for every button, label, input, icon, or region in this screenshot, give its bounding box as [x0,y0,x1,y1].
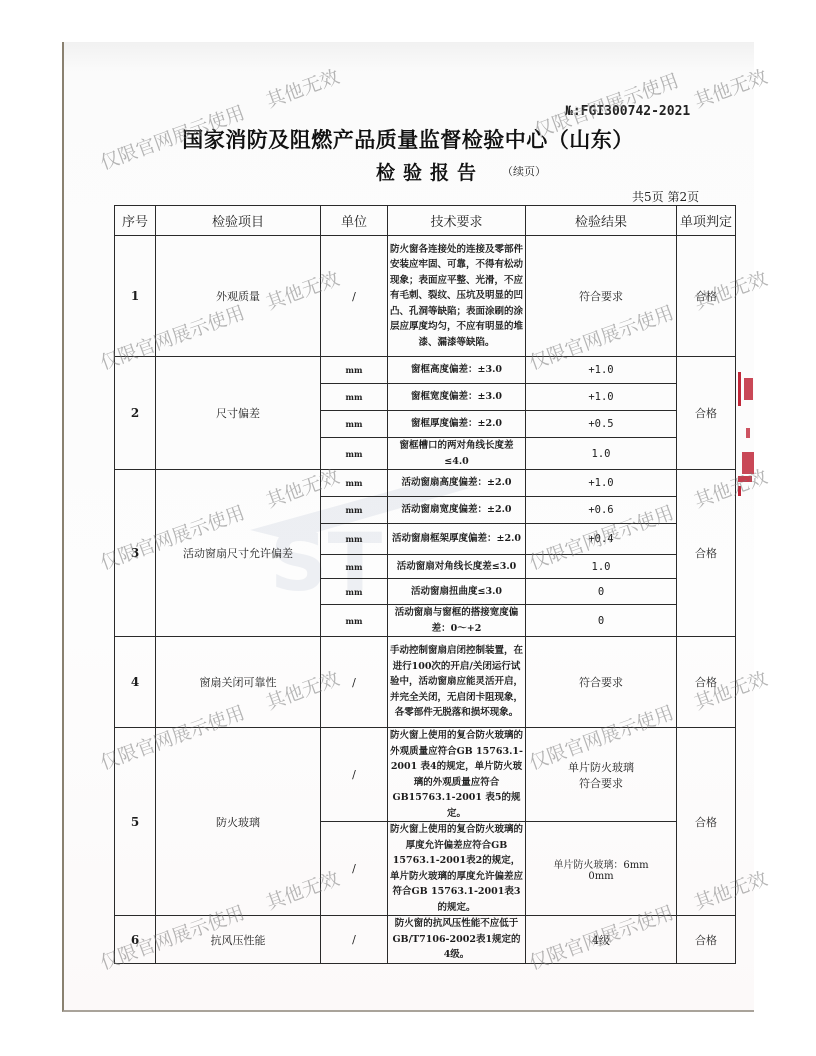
inspection-item: 防火玻璃 [156,728,321,916]
unit: mm [321,384,388,411]
col-header-item: 检验项目 [156,206,321,236]
row-number: 5 [115,728,156,916]
result: 0 [526,579,677,605]
judgement: 合格 [677,470,736,637]
table-header-row: 序号 检验项目 单位 技术要求 检验结果 单项判定 [115,206,736,236]
result: 单片防火玻璃 符合要求 [526,728,677,822]
page-count: 共5页 第2页 [632,188,699,205]
result: 0 [526,605,677,637]
judgement: 合格 [677,637,736,728]
table-row: 2 尺寸偏差 mm 窗框高度偏差：±3.0 +1.0 合格 [115,357,736,384]
judgement: 合格 [677,357,736,470]
result: +0.5 [526,411,677,438]
requirement: 窗框厚度偏差：±2.0 [388,411,526,438]
requirement: 防火窗上使用的复合防火玻璃的厚度允许偏差应符合GB 15763.1-2001表2… [388,822,526,916]
unit: mm [321,470,388,497]
result: +0.4 [526,524,677,555]
requirement: 活动窗扇宽度偏差：±2.0 [388,497,526,524]
unit: mm [321,605,388,637]
unit: mm [321,411,388,438]
row-number: 3 [115,470,156,637]
col-header-unit: 单位 [321,206,388,236]
inspection-item: 活动窗扇尺寸允许偏差 [156,470,321,637]
col-header-requirement: 技术要求 [388,206,526,236]
requirement: 活动窗扇框架厚度偏差：±2.0 [388,524,526,555]
requirement: 防火窗各连接处的连接及零部件安装应牢固、可靠，不得有松动现象；表面应平整、光滑，… [388,236,526,357]
unit: mm [321,579,388,605]
document-number: №:FGI300742-2021 [565,104,690,119]
unit: mm [321,524,388,555]
col-header-judgement: 单项判定 [677,206,736,236]
unit: / [321,916,388,964]
requirement: 窗框高度偏差：±3.0 [388,357,526,384]
requirement: 防火窗的抗风压性能不应低于GB/T7106-2002表1规定的4级。 [388,916,526,964]
continuation-label: （续页） [502,163,546,179]
row-number: 1 [115,236,156,357]
row-number: 4 [115,637,156,728]
inspection-item: 抗风压性能 [156,916,321,964]
unit: mm [321,357,388,384]
table-row: 5 防火玻璃 / 防火窗上使用的复合防火玻璃的外观质量应符合GB 15763.1… [115,728,736,822]
unit: mm [321,555,388,579]
result: +1.0 [526,384,677,411]
judgement: 合格 [677,916,736,964]
requirement: 窗框槽口的两对角线长度差≤4.0 [388,438,526,470]
result: 1.0 [526,555,677,579]
inspection-item: 尺寸偏差 [156,357,321,470]
requirement: 活动窗扇高度偏差：±2.0 [388,470,526,497]
unit: mm [321,438,388,470]
table-row: 1 外观质量 / 防火窗各连接处的连接及零部件安装应牢固、可靠，不得有松动现象；… [115,236,736,357]
requirement: 手动控制窗扇启闭控制装置，在进行100次的开启/关闭运行试验中，活动窗扇应能灵活… [388,637,526,728]
organization-title: 国家消防及阻燃产品质量监督检验中心（山东） [0,124,816,154]
col-header-no: 序号 [115,206,156,236]
requirement: 活动窗扇与窗框的搭接宽度偏差：0～+2 [388,605,526,637]
result: 符合要求 [526,236,677,357]
unit: / [321,728,388,822]
table-row: 4 窗扇关闭可靠性 / 手动控制窗扇启闭控制装置，在进行100次的开启/关闭运行… [115,637,736,728]
row-number: 2 [115,357,156,470]
unit: / [321,822,388,916]
result: 4级 [526,916,677,964]
table-row: 6 抗风压性能 / 防火窗的抗风压性能不应低于GB/T7106-2002表1规定… [115,916,736,964]
unit: mm [321,497,388,524]
report-title: 检验报告 [376,158,484,185]
result: 1.0 [526,438,677,470]
requirement: 活动窗扇对角线长度差≤3.0 [388,555,526,579]
inspection-item: 窗扇关闭可靠性 [156,637,321,728]
inspection-table: 序号 检验项目 单位 技术要求 检验结果 单项判定 1 外观质量 / 防火窗各连… [114,205,736,964]
requirement: 活动窗扇扭曲度≤3.0 [388,579,526,605]
inspection-item: 外观质量 [156,236,321,357]
unit: / [321,637,388,728]
judgement: 合格 [677,728,736,916]
table-row: 3 活动窗扇尺寸允许偏差 mm 活动窗扇高度偏差：±2.0 +1.0 合格 [115,470,736,497]
unit: / [321,236,388,357]
requirement: 防火窗上使用的复合防火玻璃的外观质量应符合GB 15763.1-2001 表4的… [388,728,526,822]
requirement: 窗框宽度偏差：±3.0 [388,384,526,411]
col-header-result: 检验结果 [526,206,677,236]
result: +1.0 [526,357,677,384]
judgement: 合格 [677,236,736,357]
result: 符合要求 [526,637,677,728]
result: +0.6 [526,497,677,524]
row-number: 6 [115,916,156,964]
result: 单片防火玻璃：6mm 0mm [526,822,677,916]
result: +1.0 [526,470,677,497]
